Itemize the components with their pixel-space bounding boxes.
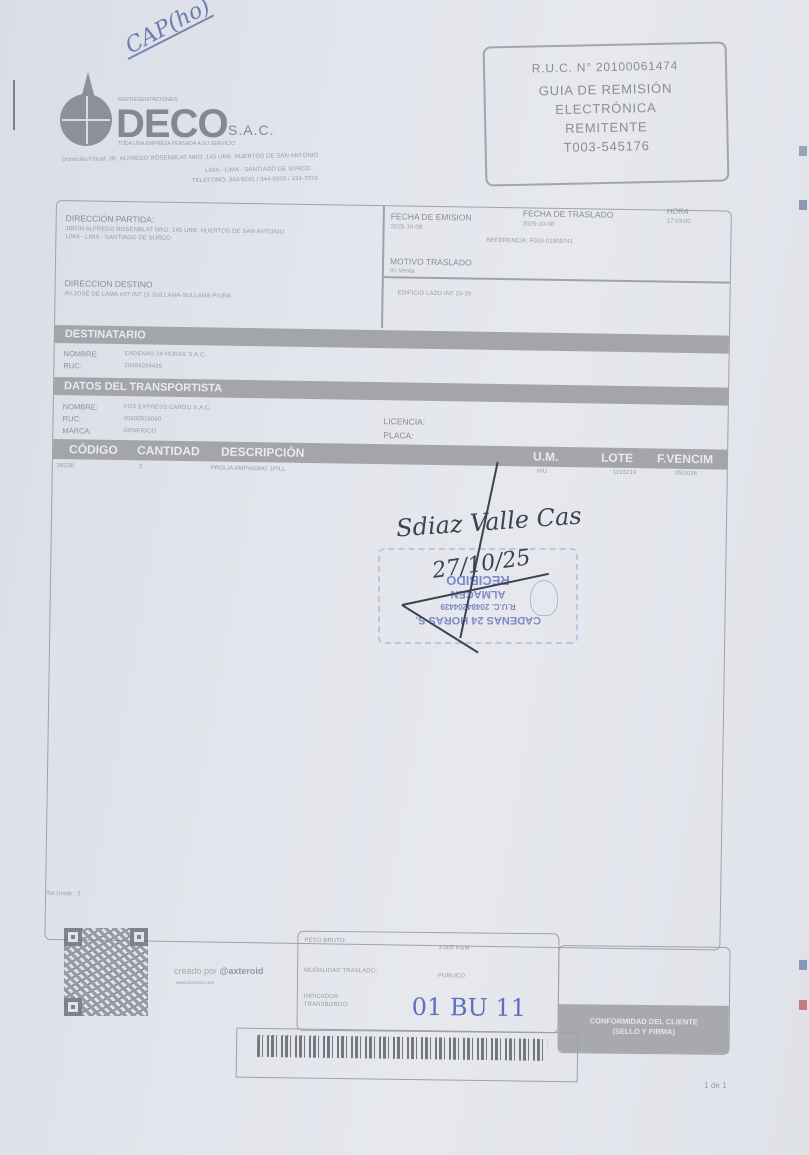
reference: REFERENCIA: F003-01909741	[486, 238, 573, 245]
emission-date: 2025-10-08	[391, 224, 423, 230]
customer-conformity-box: CONFORMIDAD DEL CLIENTE (SELLO Y FIRMA)	[557, 945, 730, 1055]
origin-city: LIMA - LIMA - SANTIAGO DE SURCO	[65, 234, 171, 242]
created-by-prefix: creado por	[174, 966, 217, 976]
transfer-mode-label: MODALIDAD TRASLADO:	[304, 968, 377, 975]
carrier-ruc: 20600526060	[124, 416, 162, 423]
col-lot: LOTE	[601, 451, 633, 466]
items-table-header: CÓDIGO CANTIDAD DESCRIPCIÓN U.M. LOTE F.…	[53, 439, 727, 470]
col-expiry: F.VENCIM	[657, 451, 713, 466]
recipient-ruc-label: RUC:	[63, 361, 81, 370]
barcode-bars	[257, 1035, 547, 1061]
ruc-number: R.U.C. N° 20100061474	[485, 55, 725, 79]
weight-value: 3.005 KGM	[438, 945, 469, 951]
transport-summary-box: PESO BRUTO: 3.005 KGM MODALIDAD TRASLADO…	[296, 931, 559, 1034]
handwritten-annotation: CAP(ho)	[122, 0, 215, 59]
transfer-reason-label: MOTIVO TRASLADO	[390, 256, 472, 267]
transfer-date-label: FECHA DE TRASLADO	[523, 208, 614, 219]
created-by-url: www.axteroid.com	[176, 980, 214, 985]
edge-mark	[799, 1000, 807, 1010]
company-suffix: S.A.C.	[228, 122, 274, 138]
divider	[381, 206, 384, 328]
recipient-name-label: NOMBRE:	[64, 349, 99, 359]
destination-address: AV.JOSE DE LAMA #27 INT 21 SULLANA-SULLA…	[64, 291, 231, 300]
carrier-name: FOX EXPRESS CARGO S.A.C.	[124, 404, 212, 411]
qr-code	[64, 928, 148, 1016]
destination-label: DIRECCION DESTINO	[65, 278, 153, 289]
recipient-title: DESTINATARIO	[65, 328, 146, 341]
carrier-name-label: NOMBRE:	[63, 402, 98, 412]
fiscal-address-city: LIMA - LIMA - SANTIAGO DE SURCO	[205, 166, 311, 174]
license-label: LICENCIA:	[383, 416, 425, 427]
conformity-subtitle: (SELLO Y FIRMA)	[559, 1026, 729, 1038]
col-description: DESCRIPCIÓN	[221, 445, 305, 460]
qr-finder	[130, 928, 148, 946]
time-label: HORA	[667, 207, 689, 216]
edge-mark	[799, 146, 807, 156]
transfer-reason: 01 Venta	[390, 268, 415, 274]
item-quantity: 2	[139, 464, 143, 470]
carrier-title: DATOS DEL TRANSPORTISTA	[64, 380, 222, 394]
total-units: Tot.Unids : 2	[46, 891, 81, 898]
divider	[382, 276, 730, 283]
qr-finder	[64, 998, 82, 1016]
qr-finder	[64, 928, 82, 946]
weight-label: PESO BRUTO:	[304, 938, 346, 944]
carrier-brand: GENERICO	[123, 428, 156, 435]
item-um: NIU	[537, 469, 548, 475]
logo-cross	[62, 119, 110, 121]
recipient-name: CADENAS 24 HORAS S.A.C.	[125, 351, 207, 358]
created-by: creado por @axteroid	[174, 966, 263, 976]
item-lot: 1193219	[613, 470, 637, 476]
carrier-ruc-label: RUC:	[62, 414, 80, 423]
handwritten-note: 01 BU 11	[412, 993, 526, 1022]
edge-mark	[799, 200, 807, 210]
col-quantity: CANTIDAD	[137, 443, 200, 458]
carrier-brand-label: MARCA:	[62, 426, 91, 435]
recipient-ruc: 20484204439	[124, 363, 162, 370]
destination-note: EDIFICIO LAZO INT 23-28	[398, 290, 472, 297]
recipient-header: DESTINATARIO	[55, 325, 729, 354]
transshipment-label-2: TRANSBORDO:	[304, 1002, 349, 1008]
barcode	[236, 1028, 579, 1083]
item-code: 38238	[57, 463, 74, 469]
transshipment-label: INDICADOR	[304, 994, 339, 1000]
item-expiry: 05/2026	[675, 471, 697, 477]
axteroid-brand: @axteroid	[220, 966, 264, 976]
col-um: U.M.	[533, 450, 559, 464]
time-value: 17:03:00	[667, 219, 691, 225]
edge-mark	[799, 960, 807, 970]
transfer-mode: PUBLICO	[438, 973, 465, 979]
col-code: CÓDIGO	[69, 442, 118, 457]
item-description: PROLIA AMPx60MG 1PILL	[211, 465, 286, 472]
origin-label: DIRECCIÓN PARTIDA:	[66, 213, 155, 224]
document-id-box: R.U.C. N° 20100061474 GUIA DE REMISIÓN E…	[483, 41, 730, 186]
transfer-date: 2025-10-08	[523, 221, 555, 227]
page-mark: 1 de 1	[704, 1081, 727, 1090]
table-row: 38238 2 PROLIA AMPx60MG 1PILL NIU 119321…	[57, 201, 731, 212]
plate-label: PLACA:	[383, 430, 413, 440]
conformity-band: CONFORMIDAD DEL CLIENTE (SELLO Y FIRMA)	[558, 1004, 728, 1054]
document-number: T003-545176	[487, 134, 727, 158]
company-slogan: TODA UNA EMPRESA PENSADA A SU SERVICIO	[118, 141, 235, 147]
carrier-header: DATOS DEL TRANSPORTISTA	[54, 377, 728, 406]
fiscal-address: Domicilio Fiscal: JR. ALFREDO ROSENBLAT …	[62, 153, 319, 163]
stamp-emblem-icon	[530, 580, 558, 616]
company-phone: TELEFONO: 344-9241 / 344-5555 / 434-7070	[192, 176, 318, 184]
margin-mark	[13, 80, 15, 130]
emission-date-label: FECHA DE EMISION	[391, 211, 472, 222]
